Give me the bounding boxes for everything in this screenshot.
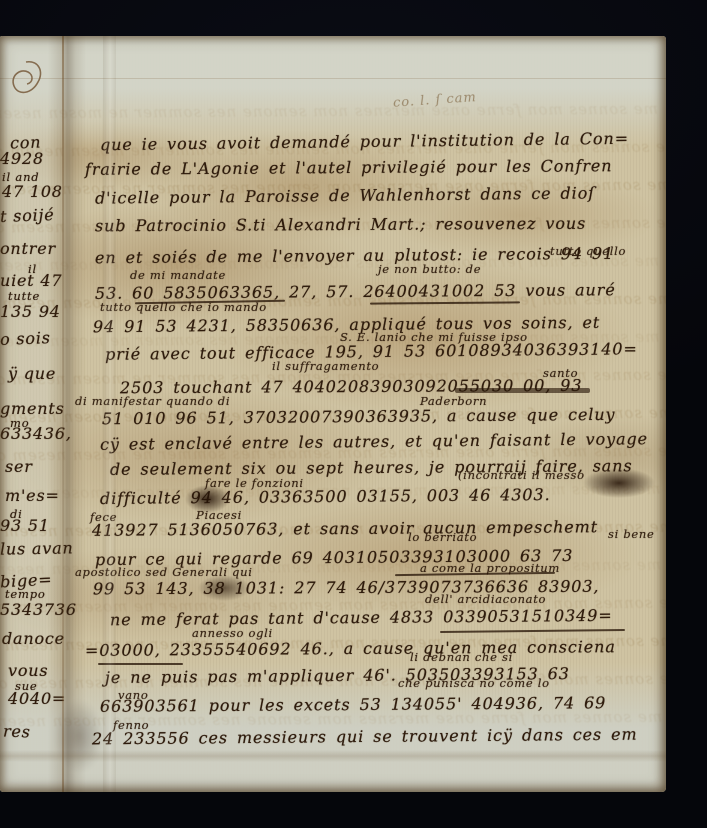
horizontal-fold-shadow: [0, 750, 666, 762]
margin-fragment: vous: [8, 661, 48, 680]
interlinear-decoding: che punisca no come lo: [398, 676, 550, 690]
margin-fragment: tutte: [8, 289, 40, 303]
interlinear-decoding: fenno: [113, 718, 149, 732]
margin-fragment: tempo: [5, 587, 46, 601]
text-line: 413927 5136050763, et sans avoir aucun e…: [92, 517, 598, 540]
interlinear-decoding: Paderborn: [420, 394, 487, 408]
ink-strikethrough: [455, 388, 590, 393]
interlinear-decoding: vano: [118, 688, 148, 702]
vertical-fold-line: [62, 36, 64, 792]
margin-fragment: res: [3, 722, 31, 742]
vertical-fold-shadow: [48, 36, 86, 792]
margin-fragment: ser: [5, 457, 33, 476]
text-line: 24 233556 ces messieurs qui se trouvent …: [92, 725, 638, 749]
margin-fragment: 93 51: [0, 516, 50, 535]
text-line: 663903561 pour les excets 53 134055' 404…: [100, 693, 606, 716]
margin-fragment: o sois: [0, 328, 51, 349]
margin-fragment: t soijé: [0, 205, 55, 226]
interlinear-decoding: (incontrati il messo: [458, 468, 585, 482]
ink-blot: [198, 575, 250, 601]
text-line: =03000, 23355540692 46., a cause qu'en m…: [85, 637, 616, 660]
interlinear-decoding: il suffragamento: [272, 359, 379, 373]
interlinear-decoding: S. E. lanio che mi fuisse ipso: [340, 330, 528, 344]
manuscript-page: me sonnes mon ferne onse mersnes nom sem…: [0, 36, 666, 792]
interlinear-decoding: li debnan che si: [410, 650, 513, 664]
showthrough-line: me sonnes mon ferne onse mersnes nom sem…: [0, 90, 666, 133]
text-line: sub Patrocinio S.ti Alexandri Mart.; res…: [95, 214, 586, 236]
text-line: difficulté 94 46, 03363500 03155, 003 46…: [100, 485, 551, 508]
interlinear-decoding: si bene: [608, 527, 655, 541]
ink-blot: [583, 468, 655, 498]
interlinear-decoding: de mi mandate: [130, 268, 226, 282]
paraph-flourish: [6, 56, 46, 108]
margin-fragment: 4928: [0, 149, 44, 168]
crease-hairline: [0, 78, 666, 79]
scan-background: me sonnes mon ferne onse mersnes nom sem…: [0, 0, 707, 828]
interlinear-decoding: je non butto: de: [378, 262, 481, 276]
interlinear-decoding: santo: [543, 366, 578, 380]
interlinear-decoding: tutto quello: [550, 244, 626, 258]
text-line: frairie de L'Agonie et l'autel privilegi…: [85, 156, 613, 179]
interlinear-decoding: lo berriato: [408, 530, 477, 544]
interlinear-decoding: annesso ogli: [192, 626, 273, 640]
vertical-crease: [103, 36, 116, 792]
interlinear-decoding: di manifestar quando di: [75, 394, 230, 408]
ink-blot: [185, 485, 230, 513]
interlinear-decoding: dell' arcidiaconato: [425, 592, 546, 606]
